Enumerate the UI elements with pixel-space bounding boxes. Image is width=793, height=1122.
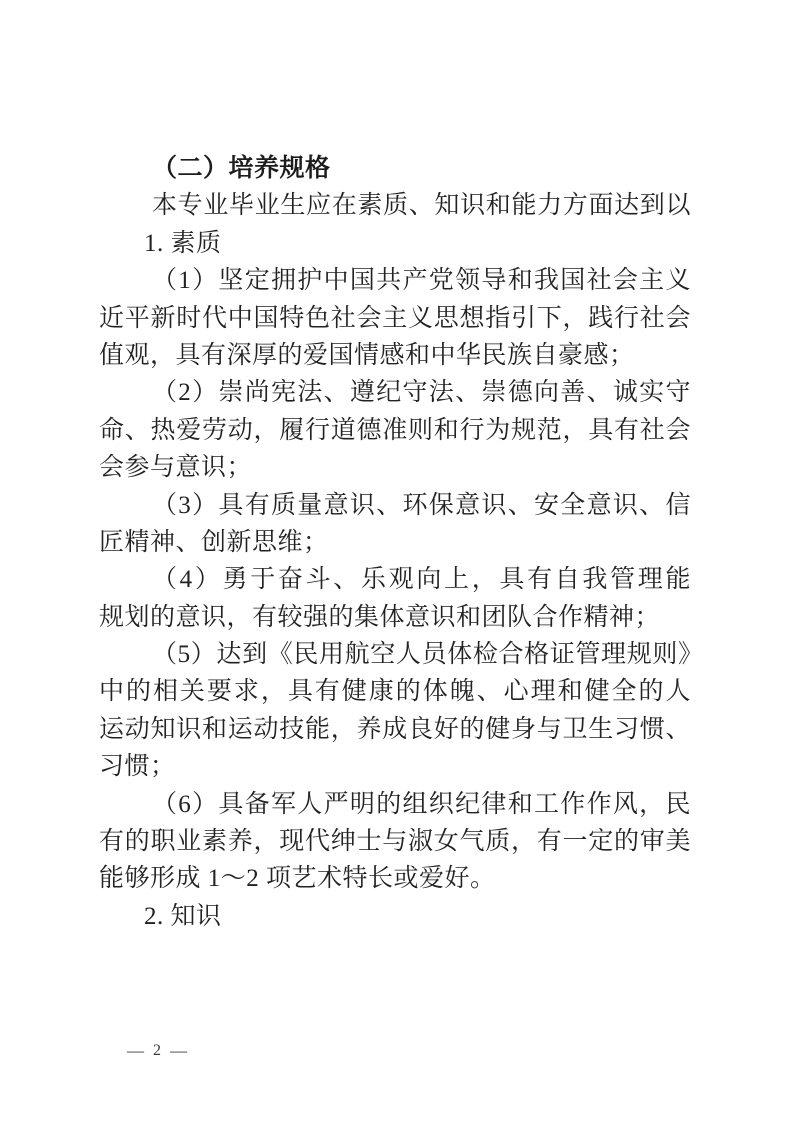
text-line: 会参与意识；	[99, 449, 691, 486]
section-heading: （二）培养规格	[99, 150, 691, 187]
text-line: 2. 知识	[99, 898, 691, 935]
text-line: 命、热爱劳动，履行道德准则和行为规范，具有社会责任感和社	[99, 412, 691, 449]
page-footer: — 2 —	[127, 1040, 187, 1062]
text-line: （4）勇于奋斗、乐观向上，具有自我管理能力、职业生涯	[99, 561, 691, 598]
text-line: 值观，具有深厚的爱国情感和中华民族自豪感；	[99, 337, 691, 374]
text-line: 有的职业素养，现代绅士与淑女气质，有一定的审美和人文素养，	[99, 823, 691, 860]
text-line: 本专业毕业生应在素质、知识和能力方面达到以下要求。	[99, 187, 691, 224]
text-line: 运动知识和运动技能，养成良好的健身与卫生习惯、良好的行为	[99, 711, 691, 748]
text-line: （5）达到《民用航空人员体检合格证管理规则》(CCAR-67FS)	[99, 636, 691, 673]
text-line: 匠精神、创新思维；	[99, 524, 691, 561]
footer-dash-left: —	[127, 1040, 144, 1062]
text-line: 中的相关要求，具有健康的体魄、心理和健全的人格，掌握基本	[99, 673, 691, 710]
text-line: （1）坚定拥护中国共产党领导和我国社会主义制度，在习	[99, 262, 691, 299]
footer-dash-right: —	[170, 1040, 187, 1062]
text-line: 规划的意识，有较强的集体意识和团队合作精神；	[99, 599, 691, 636]
text-line: 近平新时代中国特色社会主义思想指引下，践行社会主义核心价	[99, 300, 691, 337]
text-line: 习惯；	[99, 748, 691, 785]
document-text-block: （二）培养规格本专业毕业生应在素质、知识和能力方面达到以下要求。1. 素质（1）…	[99, 150, 691, 935]
text-line: （2）崇尚宪法、遵纪守法、崇德向善、诚实守信、尊重生	[99, 374, 691, 411]
text-line: 能够形成 1～2 项艺术特长或爱好。	[99, 860, 691, 897]
document-page: （二）培养规格本专业毕业生应在素质、知识和能力方面达到以下要求。1. 素质（1）…	[0, 0, 793, 1122]
text-line: （6）具备军人严明的组织纪律和工作作风，民航业员工应	[99, 786, 691, 823]
text-line: （3）具有质量意识、环保意识、安全意识、信息素养、工	[99, 487, 691, 524]
page-number: 2	[144, 1040, 170, 1062]
text-line: 1. 素质	[99, 225, 691, 262]
